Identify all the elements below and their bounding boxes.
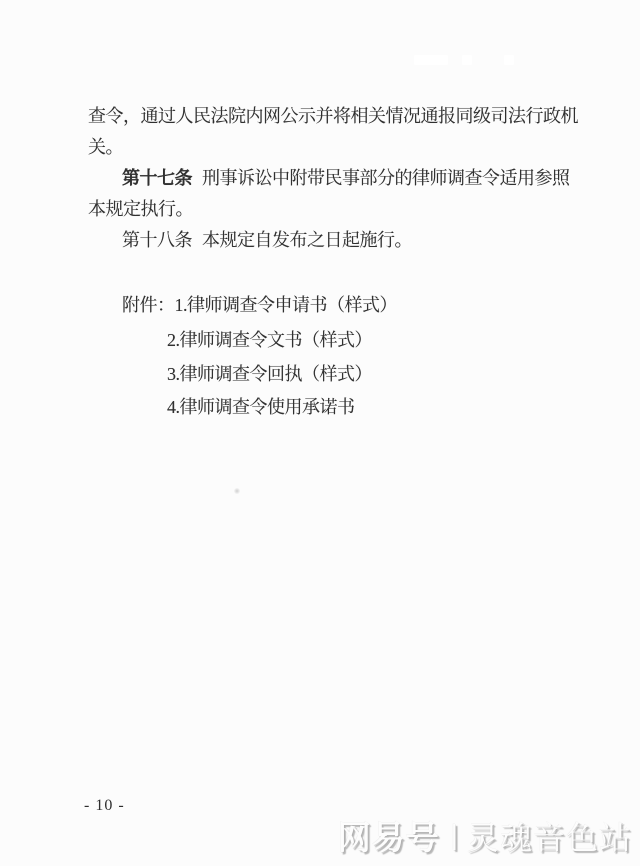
attachment-item-3: 3.律师调查令回执（样式）	[167, 363, 372, 385]
watermark-separator-bar: |	[451, 819, 458, 851]
paragraph-continuation-line-2: 关。	[88, 136, 123, 158]
netease-logo-text: 网易号	[338, 812, 440, 859]
netease-watermark: 网易号 | 灵魂音色站	[338, 812, 632, 859]
article-18-line: 第十八条本规定自发布之日起施行。	[122, 229, 412, 251]
article-18-heading: 第十八条	[122, 230, 192, 250]
article-17-line-1: 第十七条刑事诉讼中附带民事部分的律师调查令适用参照	[122, 167, 570, 189]
scanned-document-page: 查令，通过人民法院内网公示并将相关情况通报同级司法行政机 关。 第十七条刑事诉讼…	[0, 0, 640, 866]
scan-speck-artifact	[234, 488, 240, 494]
erased-watermark-artifact	[414, 55, 448, 65]
article-18-body: 本规定自发布之日起施行。	[202, 230, 412, 250]
attachment-item-2: 2.律师调查令文书（样式）	[167, 329, 372, 351]
article-17-heading: 第十七条	[122, 168, 192, 188]
attachments-label: 附件：	[122, 295, 175, 315]
page-number: - 10 -	[84, 797, 125, 815]
attachment-item-4: 4.律师调查令使用承诺书	[167, 396, 355, 418]
erased-watermark-artifact	[462, 55, 472, 65]
attachments-line-1: 附件：1.律师调查令申请书（样式）	[122, 294, 397, 316]
article-17-body-line-2: 本规定执行。	[88, 198, 193, 220]
erased-watermark-artifact	[504, 55, 514, 65]
article-17-body-line-1: 刑事诉讼中附带民事部分的律师调查令适用参照	[202, 168, 570, 188]
paragraph-continuation-line-1: 查令，通过人民法院内网公示并将相关情况通报同级司法行政机	[88, 105, 578, 127]
attachment-item-1: 1.律师调查令申请书（样式）	[175, 295, 398, 315]
watermark-account-name: 灵魂音色站	[467, 813, 632, 859]
